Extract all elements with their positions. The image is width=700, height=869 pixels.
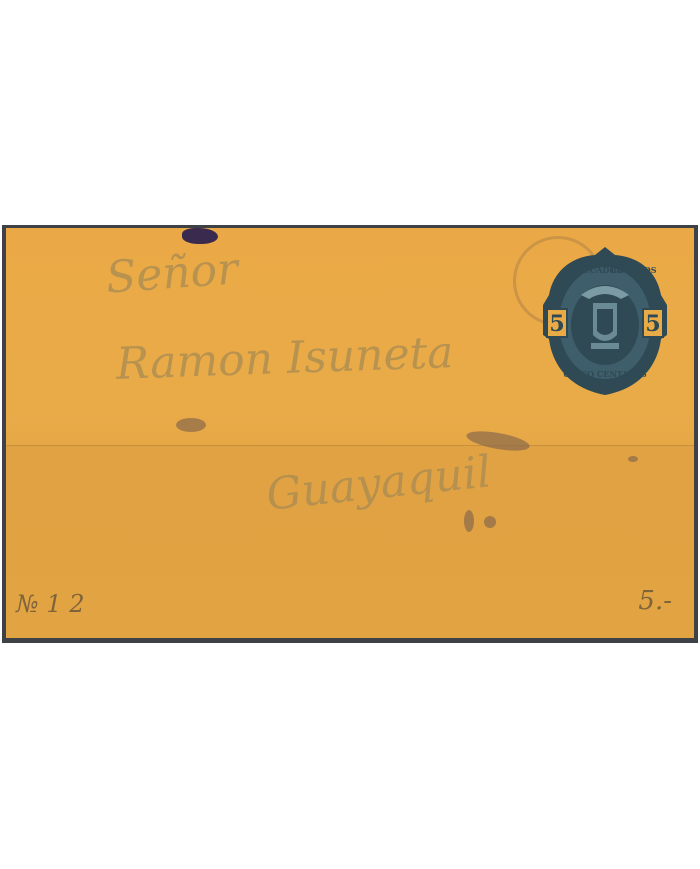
stain — [484, 516, 496, 528]
note-number: № 1 2 — [16, 590, 85, 618]
stamp-value-left: 5 — [549, 311, 564, 337]
ink-blot — [182, 228, 218, 244]
note-price: 5.- — [638, 586, 672, 616]
postage-stamp: 5 5 ECUADOR CORREOS CINCO CENTAVOS — [541, 243, 669, 403]
stain — [464, 510, 474, 532]
stamp-text-right: CORREOS — [611, 265, 657, 275]
stain — [176, 418, 206, 432]
stain — [628, 456, 638, 462]
fold-line — [6, 445, 694, 446]
address-line-1: Señor — [104, 243, 239, 303]
address-line-2: Ramon Isuneta — [115, 327, 454, 390]
envelope: Señor Ramon Isuneta Guayaquil № 1 2 5.- … — [6, 228, 694, 638]
stamp-text-bottom: CINCO CENTAVOS — [563, 369, 646, 379]
stamp-value-right: 5 — [645, 311, 660, 337]
